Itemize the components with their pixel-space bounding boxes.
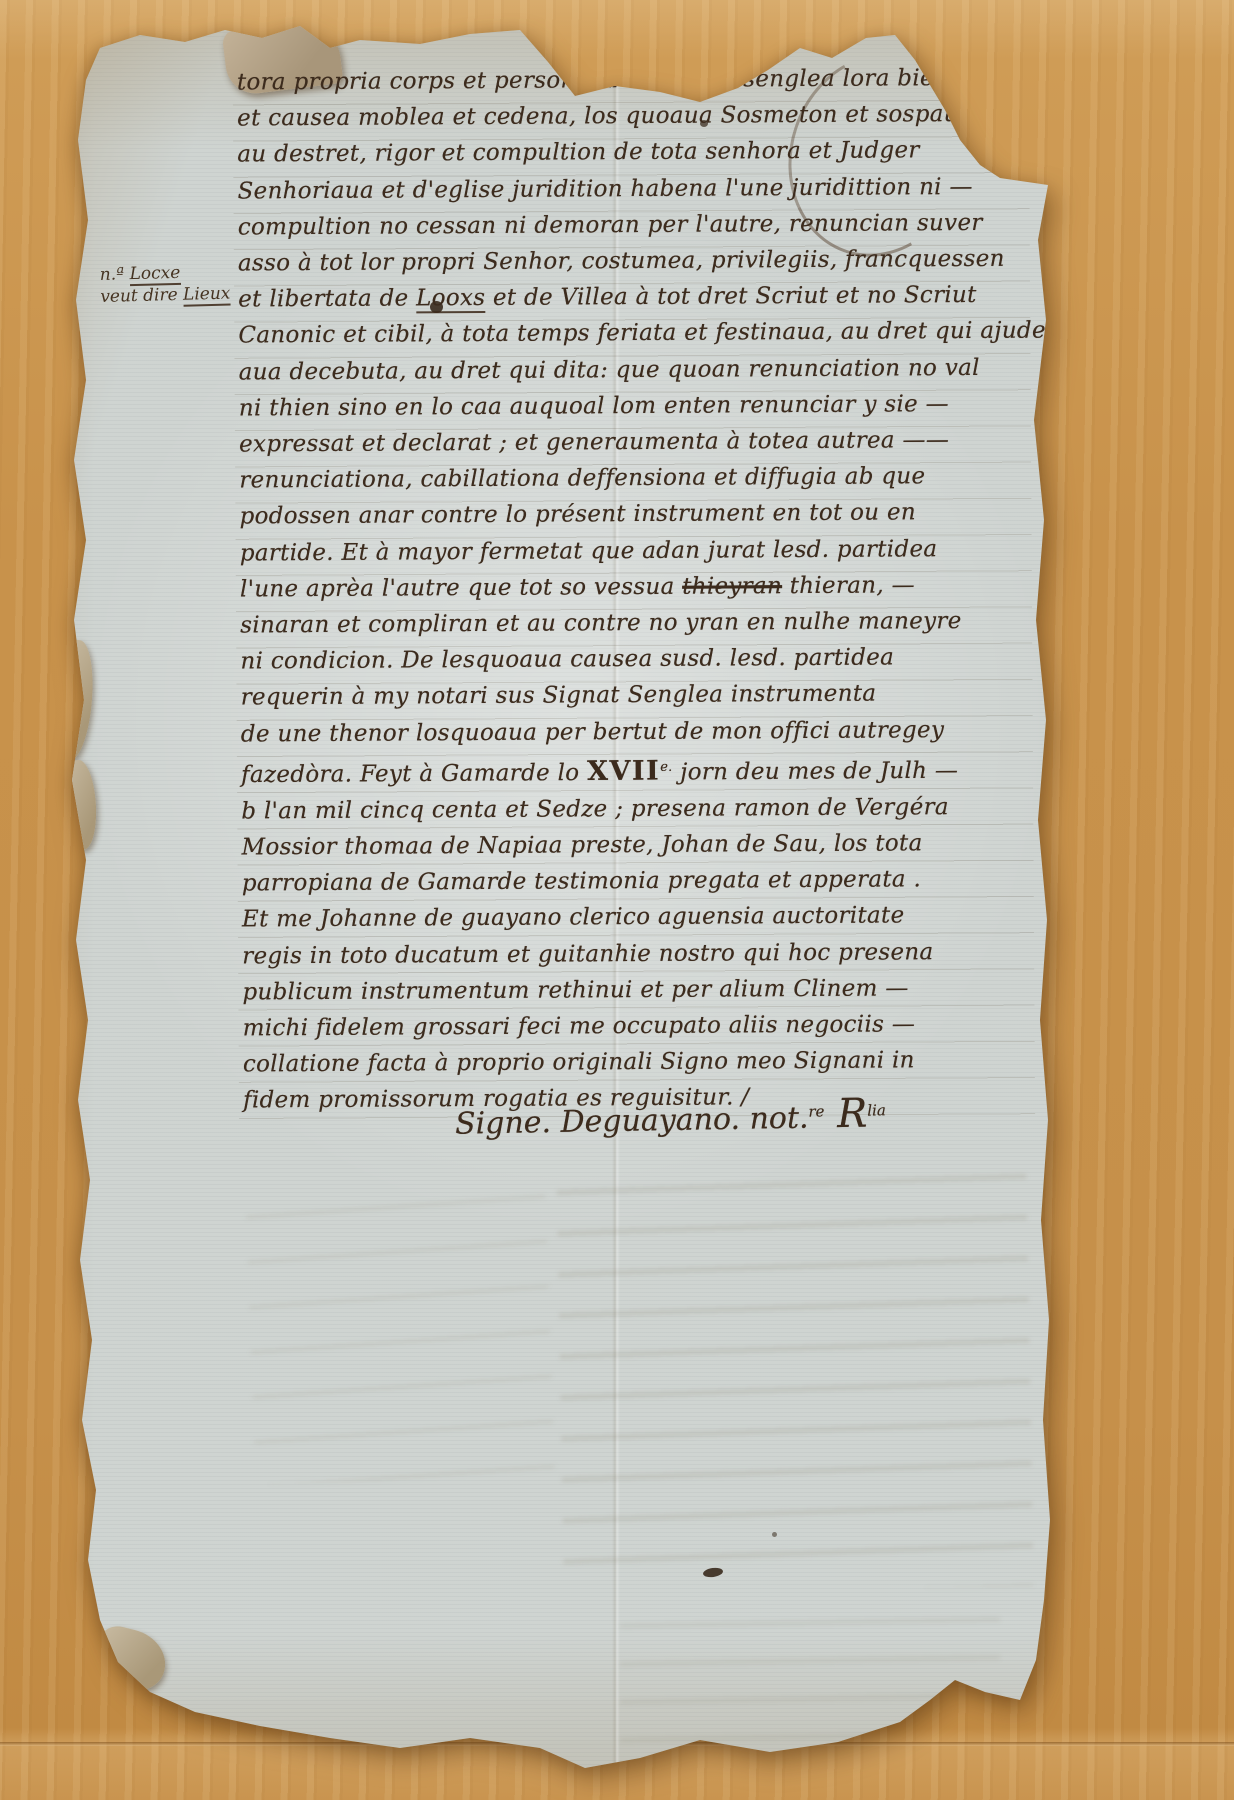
left-edge-curl — [52, 639, 98, 762]
manuscript-line: parropiana de Gamarde testimonia pregata… — [242, 861, 1042, 902]
margin-note-line2-pre: veut dire — [100, 285, 183, 307]
manuscript-line: Canonic et cibil, à tota temps feriata e… — [238, 313, 1038, 354]
manuscript-line: Et me Johanne de guayano clerico aguensi… — [242, 897, 1042, 938]
notary-signature: Signe. Deguayano. not.re Rlia — [455, 1090, 887, 1144]
manuscript-line: ni condicion. De lesquoaua causea susd. … — [240, 639, 1040, 680]
manuscript-line: collatione facta à proprio originali Sig… — [243, 1042, 1043, 1083]
signature-superscript: re — [808, 1102, 824, 1120]
manuscript-line: sinaran et compliran et au contre no yra… — [240, 603, 1040, 644]
ink-speck — [772, 1532, 777, 1537]
manuscript-line: b l'an mil cincq centa et Sedze ; presen… — [241, 788, 1041, 829]
line-text: l'une aprèa l'autre que tot so vessua — [240, 574, 682, 603]
manuscript-line: podossen anar contre lo présent instrume… — [239, 494, 1039, 535]
manuscript-line: aua decebuta, au dret qui dita: que quoa… — [239, 349, 1039, 390]
manuscript-line: requerin à my notari sus Signat Senglea … — [241, 675, 1041, 716]
margin-note-word: Locxe — [129, 263, 180, 286]
manuscript-line: tora propria corps et personnea et tota … — [237, 60, 1037, 101]
superscript: e. — [660, 760, 673, 775]
left-edge-curl — [62, 759, 100, 851]
roman-numeral: XVII — [587, 755, 660, 786]
manuscript-line: fazedòra. Feyt à Gamarde lo XVIIe. jorn … — [241, 747, 1041, 793]
paper-wrap: n.ª Locxe veut dire Lieux tora propria c… — [0, 0, 1234, 1800]
manuscript-line: Senhoriaua et d'eglise juridition habena… — [237, 168, 1037, 209]
manuscript-text-block: tora propria corps et personnea et tota … — [237, 60, 1043, 1119]
struck-word: thieyran — [682, 573, 782, 600]
manuscript-line: expressat et declarat ; et generaumenta … — [239, 422, 1039, 463]
manuscript-line: compultion no cessan ni demoran per l'au… — [238, 204, 1038, 245]
margin-note-line2-word: Lieux — [183, 284, 231, 307]
manuscript-line: partide. Et à mayor fermetat que adan ju… — [240, 530, 1040, 571]
manuscript-line: Mossior thomaa de Napiaa preste, Johan d… — [241, 824, 1041, 865]
margin-note-line2: veut dire Lieux — [100, 282, 251, 308]
signature-superscript: lia — [867, 1101, 886, 1119]
bottom-left-curl — [90, 1622, 172, 1697]
signature-initial: R — [824, 1091, 868, 1138]
manuscript-line: ni thien sino en lo caa auquoal lom ente… — [239, 385, 1039, 426]
manuscript-line: asso à tot lor propri Senhor, costumea, … — [238, 241, 1038, 282]
bleed-through-text-ghost — [245, 1175, 555, 1485]
line-text: thieran, — — [782, 572, 915, 599]
line-text: et libertata de — [238, 286, 416, 313]
signature-text: Signe. Deguayano. not. — [455, 1101, 809, 1142]
line-text: jorn deu mes de Julh — — [673, 758, 959, 786]
manuscript-line: au destret, rigor et compultion de tota … — [237, 132, 1037, 173]
manuscript-page: n.ª Locxe veut dire Lieux tora propria c… — [0, 0, 1234, 1800]
manuscript-line: et libertata de Looxs et de Villea à tot… — [238, 277, 1038, 318]
manuscript-line: michi fidelem grossari feci me occupato … — [243, 1005, 1043, 1046]
underlined-word: Looxs — [416, 285, 485, 313]
line-text: fazedòra. Feyt à Gamarde lo — [241, 760, 587, 788]
manuscript-line: de une thenor losquoaua per bertut de mo… — [241, 711, 1041, 752]
margin-note: n.ª Locxe veut dire Lieux — [99, 260, 250, 308]
line-text: et de Villea à tot dret Scriut et no Scr… — [485, 282, 976, 311]
manuscript-line: renunciationa, cabillationa deffensiona … — [239, 458, 1039, 499]
manuscript-line: publicum instrumentum rethinui et per al… — [242, 969, 1042, 1010]
manuscript-line: regis in toto ducatum et guitanhie nostr… — [242, 933, 1042, 974]
bleed-through-text-ghost — [620, 1600, 1000, 1750]
manuscript-line: l'une aprèa l'autre que tot so vessua th… — [240, 566, 1040, 607]
photo-scene: n.ª Locxe veut dire Lieux tora propria c… — [0, 0, 1234, 1800]
bleed-through-text-ghost — [556, 1156, 1033, 1594]
margin-note-prefix: n.ª — [99, 264, 129, 285]
manuscript-line: et causea moblea et cedena, los quoaua S… — [237, 96, 1037, 137]
